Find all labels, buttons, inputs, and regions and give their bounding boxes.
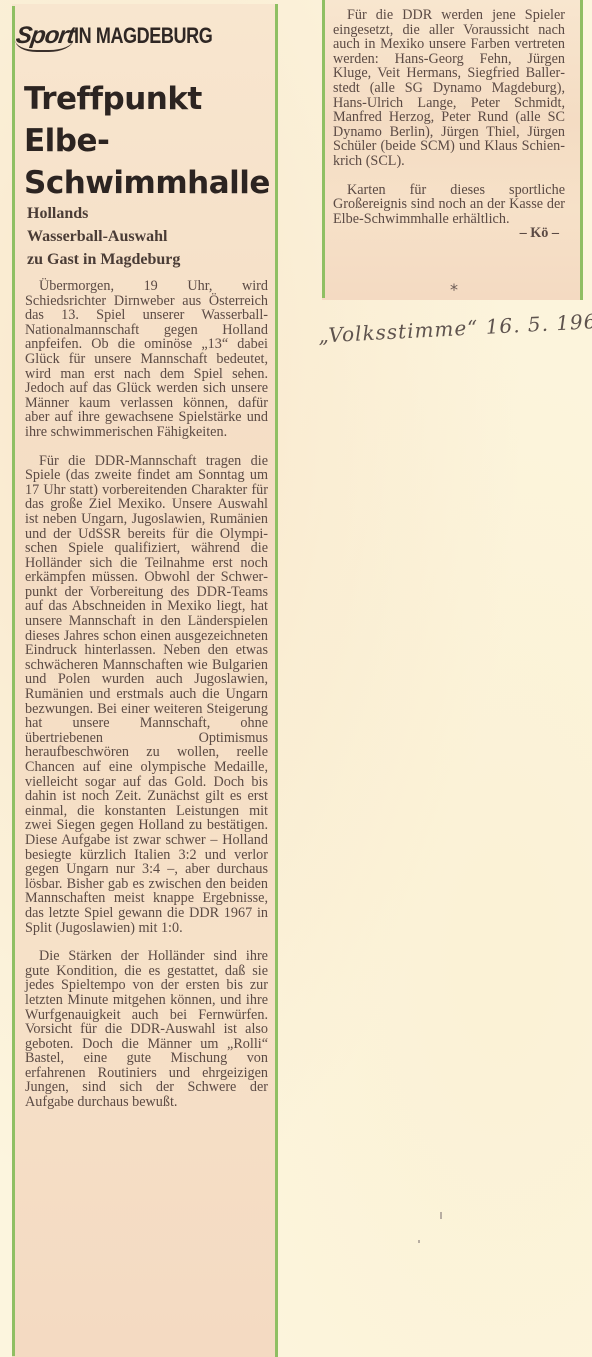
headline-line: Schwimmhalle [24,162,274,204]
subhead-line: Hollands [27,202,277,225]
column-rule-left-outer [12,6,15,1356]
paragraph: Karten für dieses sportliche Großereigni… [333,183,565,227]
section-kicker: SportIN MAGDEBURG [16,22,278,52]
subhead-line: Wasserball-Auswahl [27,225,277,248]
headline-line: Treffpunkt [24,78,274,120]
paragraph-text: Karten für dieses sportliche Großereigni… [333,182,565,227]
paragraph: Übermorgen, 19 Uhr, wird Schiedsrichter … [25,279,268,440]
author-signature: – Kö – [506,226,559,241]
paragraph: Die Stärken der Holländer sind ihre gute… [25,949,268,1110]
kicker-place: IN MAGDEBURG [74,23,212,49]
headline-line: Elbe- [24,120,274,162]
column-rule-right-outer [322,0,325,298]
kicker-sport-logo: Sport [14,22,76,52]
subhead-line: zu Gast in Magdeburg [27,248,277,271]
subheadline: Hollands Wasserball-Auswahl zu Gast in M… [27,202,277,271]
separator-asterisk: * [450,280,458,299]
headline: Treffpunkt Elbe- Schwimmhalle [24,78,274,204]
article-body-right: Für die DDR werden jene Spieler eingeset… [333,8,565,241]
paragraph: Für die DDR-Mannschaft tra­gen die Spiel… [25,454,268,936]
paper-speck [440,1212,442,1219]
article-body-left: Übermorgen, 19 Uhr, wird Schiedsrichter … [25,279,268,1124]
paper-speck [418,1240,420,1243]
paragraph: Für die DDR werden jene Spieler eingeset… [333,8,565,169]
column-rule-right-inner [580,0,583,300]
